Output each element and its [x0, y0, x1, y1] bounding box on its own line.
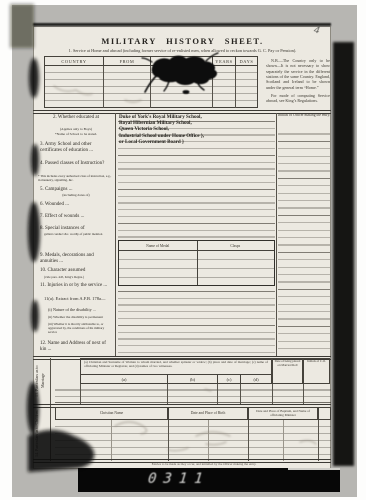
- service-table-divider: [212, 66, 213, 108]
- medal-table: Name of Medal Clasps: [118, 240, 275, 286]
- education-line: or Local Government Board }: [119, 139, 271, 145]
- marriage-row-divider: [217, 384, 218, 404]
- item-9-label: 9. Medals, decorations and annuities ...: [40, 253, 112, 266]
- children-rows: [55, 420, 331, 461]
- officer-ruled-lines: [278, 127, 330, 353]
- children-row-subdivider: [111, 420, 112, 461]
- page-title: MILITARY HISTORY SHEET.: [70, 36, 295, 46]
- col-years: Years: [213, 57, 236, 65]
- children-row-subdivider: [208, 420, 209, 461]
- marriage-row-divider: [272, 384, 273, 404]
- col-from: From: [104, 57, 151, 65]
- item-6-label: 6. Wounded ...: [40, 202, 112, 208]
- service-table-divider: [103, 66, 104, 108]
- col-country: Country: [45, 57, 104, 65]
- education-entry: Duke of York's Royal Military School, Ro…: [119, 114, 271, 145]
- marriage-row-divider: [80, 384, 81, 404]
- children-col-birth: Date and Place of Birth: [168, 407, 248, 420]
- item-5-note: (including dates of): [44, 193, 108, 197]
- item-10-note: (vide para. 445, King’s Regns.): [44, 275, 108, 279]
- medal-col-clasps: Clasps: [197, 241, 275, 250]
- children-col-name: Christian Name: [55, 407, 168, 420]
- service-table-header: Country From To Years Days: [44, 56, 258, 66]
- officer-column-divider: [276, 113, 277, 356]
- children-row-divider: [248, 420, 249, 461]
- officer-column-header: Initials of Officer making the entry.: [277, 113, 331, 118]
- marriage-rows: [55, 384, 331, 404]
- marriage-col-a: (a): [81, 375, 168, 383]
- service-caption: 1. Service at Home and abroad (including…: [40, 48, 325, 53]
- children-row-subdivider: [283, 420, 284, 461]
- medal-table-divider: [197, 241, 198, 285]
- medal-col-name: Name of Medal: [119, 241, 197, 250]
- item-2-label: 2. Whether educated at: [42, 115, 110, 121]
- marriage-header: (a) Christian and Surname of Woman to wh…: [80, 358, 272, 375]
- married-roll-col-header: Date of being placed on Married Roll: [272, 358, 303, 384]
- page-edge-shadow-right: [333, 42, 354, 466]
- item-11a-iii: (iii) Whether it is directly attributabl…: [48, 322, 110, 334]
- scanned-military-history-sheet: 4 MILITARY HISTORY SHEET. 1. Service at …: [0, 0, 366, 500]
- item-7-label: 7. Effect of wounds ...: [40, 214, 112, 220]
- item-4-label: 4. Passed classes of Instruction?: [40, 161, 112, 167]
- col-to: To: [151, 57, 213, 65]
- co-initials-col-header: Initials of C.O.: [303, 358, 330, 384]
- item-4-note: * This includes every authorised class o…: [38, 174, 112, 182]
- side-label-divider: [50, 358, 51, 461]
- item-12-label: 12. Name and Address of next of kin ...: [40, 341, 112, 354]
- frame-number: 0311: [147, 471, 210, 487]
- footer-note: Entries to be made as they occur, and in…: [80, 462, 328, 466]
- marriage-col-c: (c): [218, 375, 241, 383]
- marriage-row-divider: [167, 384, 168, 404]
- item-2-note2: *Name of School to be stated.: [44, 132, 108, 136]
- children-col-baptism: Date and Place of Baptism, and Name of o…: [248, 407, 318, 420]
- service-table-divider: [235, 66, 236, 108]
- children-row-divider: [318, 420, 319, 461]
- nb-note-para2: For mode of computing Service abroad, se…: [266, 93, 330, 104]
- marriage-side-label: 13. Particulars as to Marriage: [34, 359, 50, 403]
- item-3-label: 3. Army School and other certificates of…: [40, 142, 112, 155]
- marriage-col-b: (b): [168, 375, 218, 383]
- col-days: Days: [236, 57, 257, 65]
- item-11a-label: 11(a). Extract from A.F.B. 178a—: [44, 296, 114, 302]
- item-2-note1: (Applies only to Boys): [46, 127, 106, 131]
- children-col-initials: [318, 407, 331, 420]
- marriage-letter-row: (a) (b) (c) (d): [80, 375, 272, 384]
- label-column-divider: [115, 113, 116, 356]
- children-side-label: 14. Particulars as to Children: [34, 408, 50, 460]
- item-11a-i: (i) Nature of the disability ...: [48, 307, 112, 312]
- item-8-note: gallant conduct &c. worthy of public men…: [44, 232, 110, 236]
- nb-note-para1: N.B.—The Country only to be shown—It is …: [266, 58, 330, 90]
- service-table-divider: [150, 66, 151, 108]
- item-10-label: 10. Character assumed: [40, 268, 112, 274]
- marriage-row-divider: [303, 384, 304, 404]
- item-11-label: 11. Injuries in or by the service ...: [40, 283, 112, 289]
- service-table-rows: [44, 66, 258, 108]
- nb-note: N.B.—The Country only to be shown—It is …: [266, 58, 330, 107]
- item-11a-ii: (ii) Whether the disability is permanent: [48, 315, 110, 319]
- page-edge-shadow-top: [33, 23, 331, 26]
- marriage-col-d: (d): [241, 375, 271, 383]
- scan-artifact-line: [288, 468, 340, 470]
- children-row-divider: [168, 420, 169, 461]
- entry-ruled-lines: [118, 115, 275, 353]
- marriage-row-divider: [240, 384, 241, 404]
